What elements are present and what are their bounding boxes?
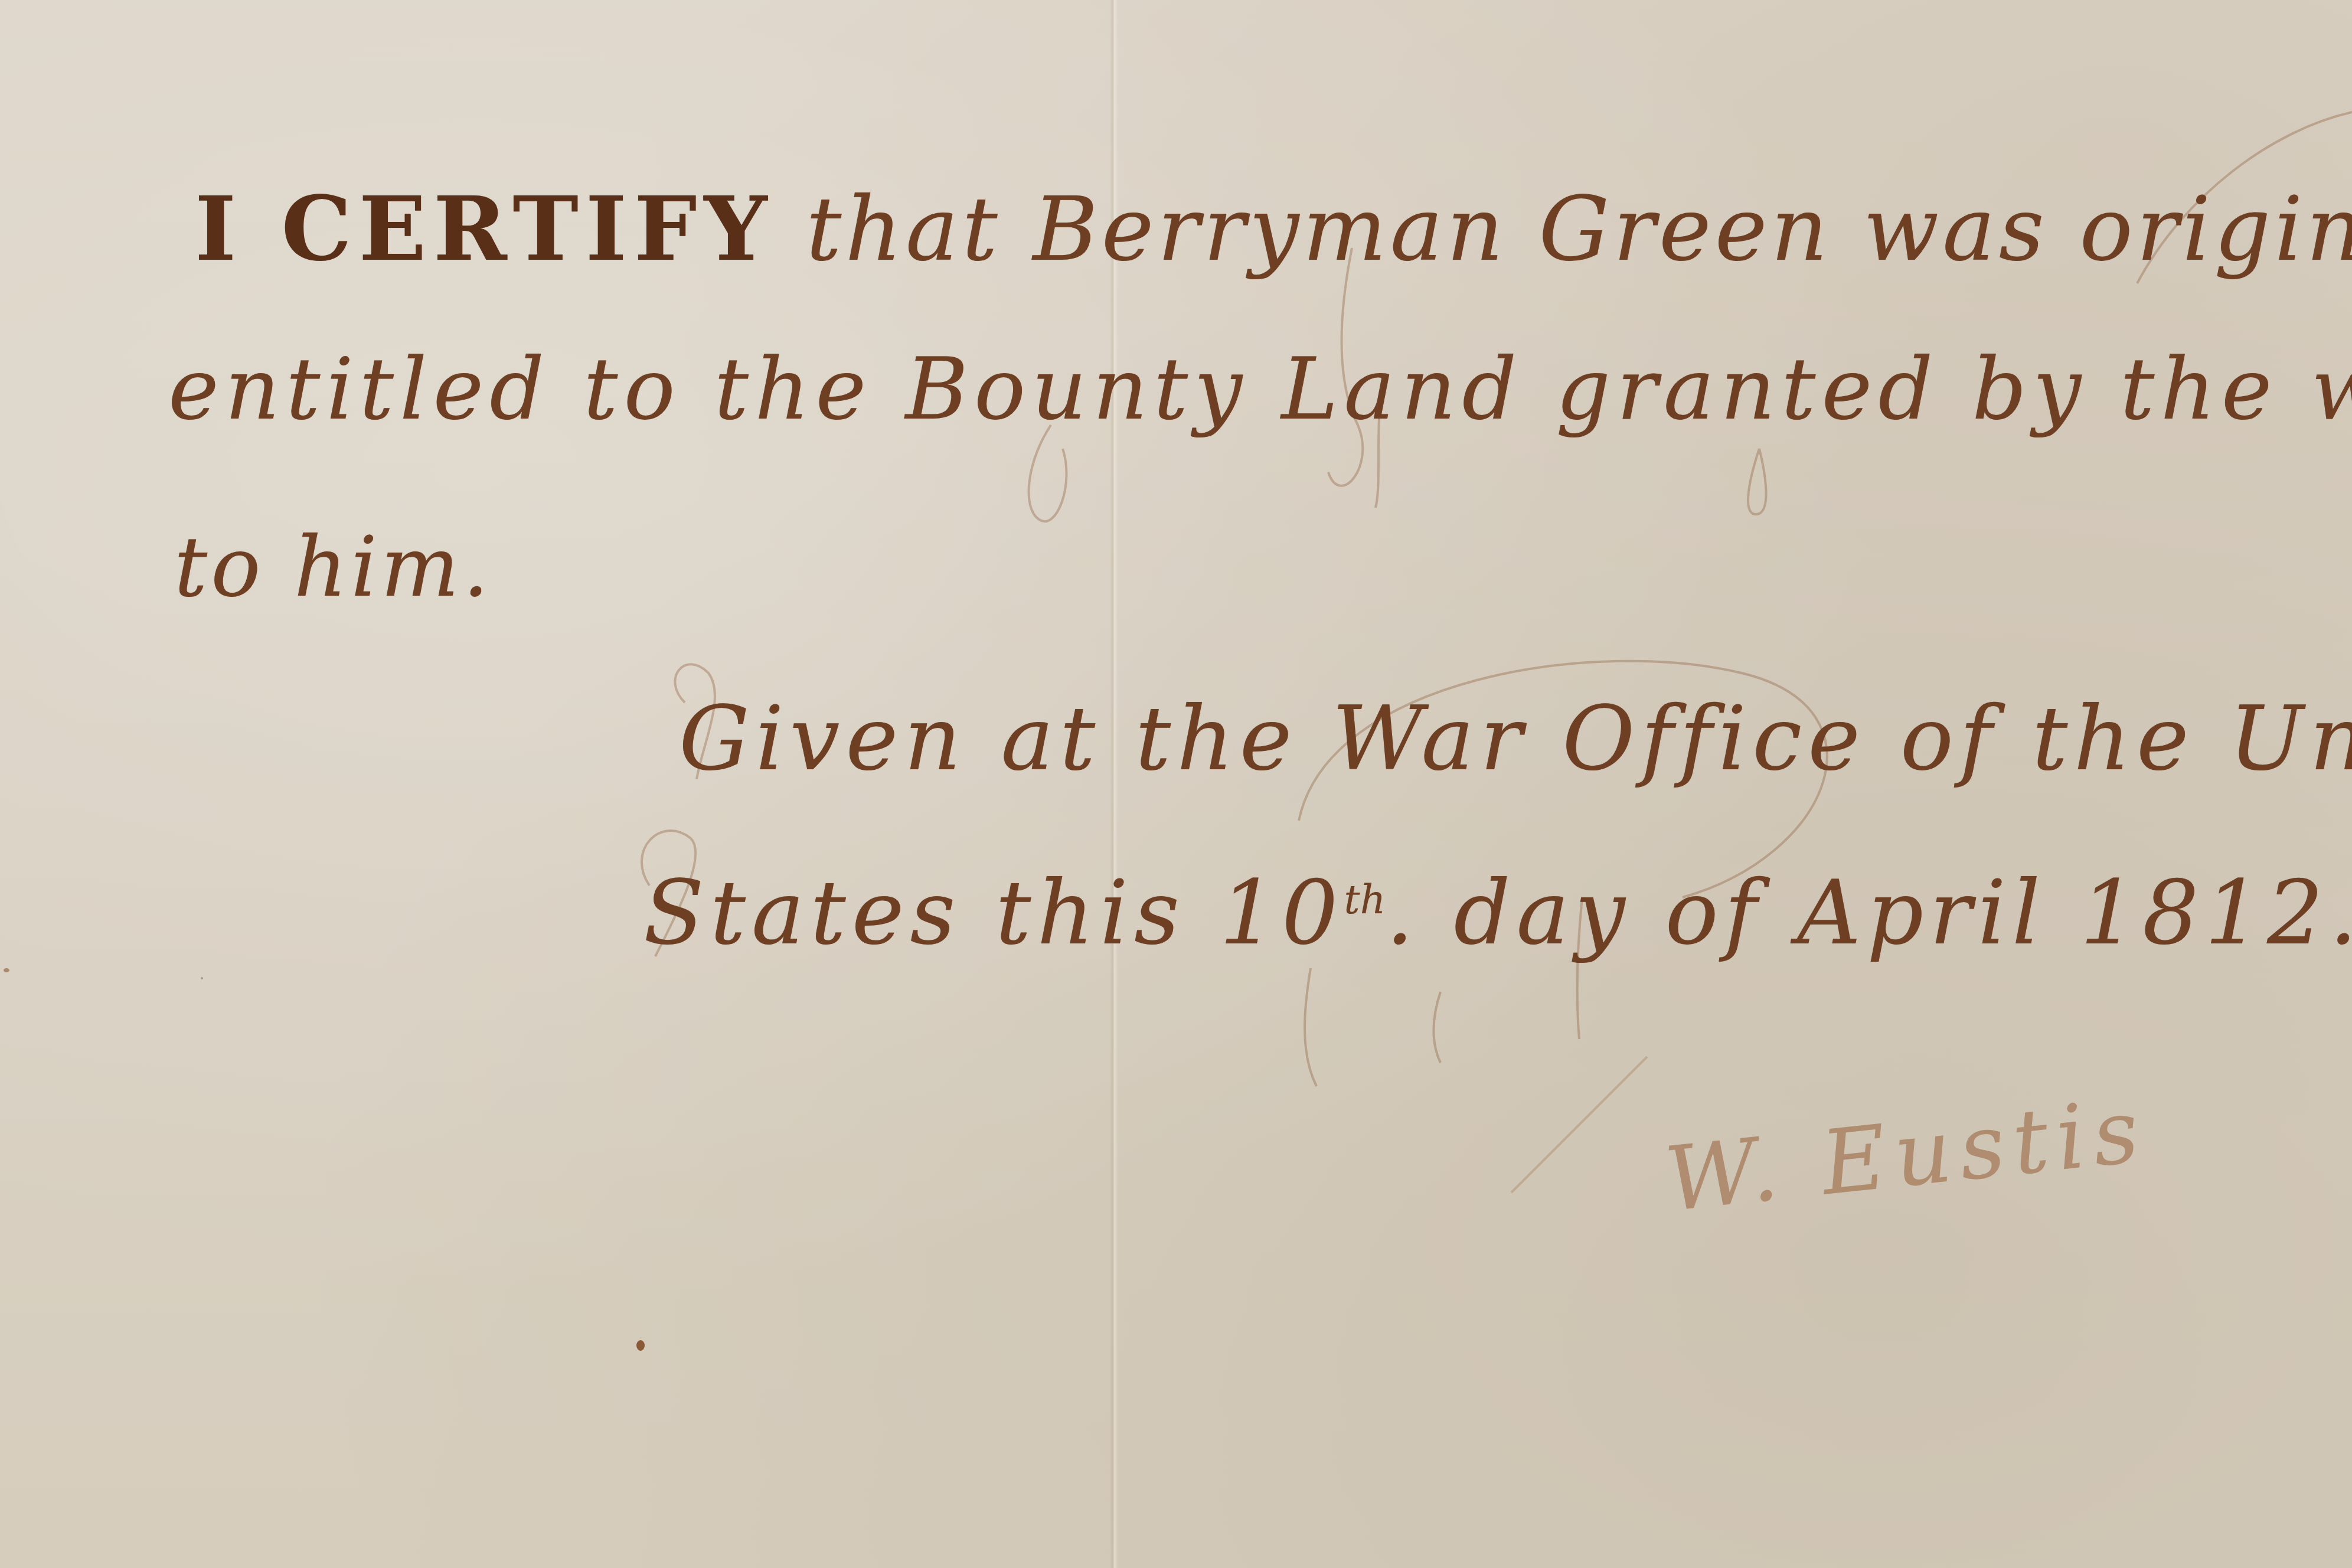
attestation-line-2: States this 10th. day of April 1812.: [643, 862, 2352, 965]
attestation-date-suffix: . day of April 1812.: [1386, 862, 2352, 965]
date-ordinal-superscript: th: [1344, 876, 1386, 923]
signature: W. Eustis: [1661, 1079, 2151, 1232]
certificate-line-3: to him.: [174, 520, 492, 616]
certificate-line-1: I CERTIFY that Berryman Green was origin…: [195, 177, 2352, 281]
ink-speck: [4, 968, 9, 972]
certificate-line-1-text: that Berryman Green was originally: [775, 178, 2352, 281]
attestation-line-1: Given at the War Office of the United: [679, 688, 2352, 790]
attestation-date-prefix: States this 10: [643, 862, 1344, 965]
document-page: I CERTIFY that Berryman Green was origin…: [0, 0, 2352, 1568]
certificate-line-2: entitled to the Bounty Land granted by t…: [168, 339, 2352, 439]
ink-speck: [636, 1340, 645, 1351]
ink-speck: [201, 977, 203, 979]
certify-heading: I CERTIFY: [195, 177, 775, 281]
